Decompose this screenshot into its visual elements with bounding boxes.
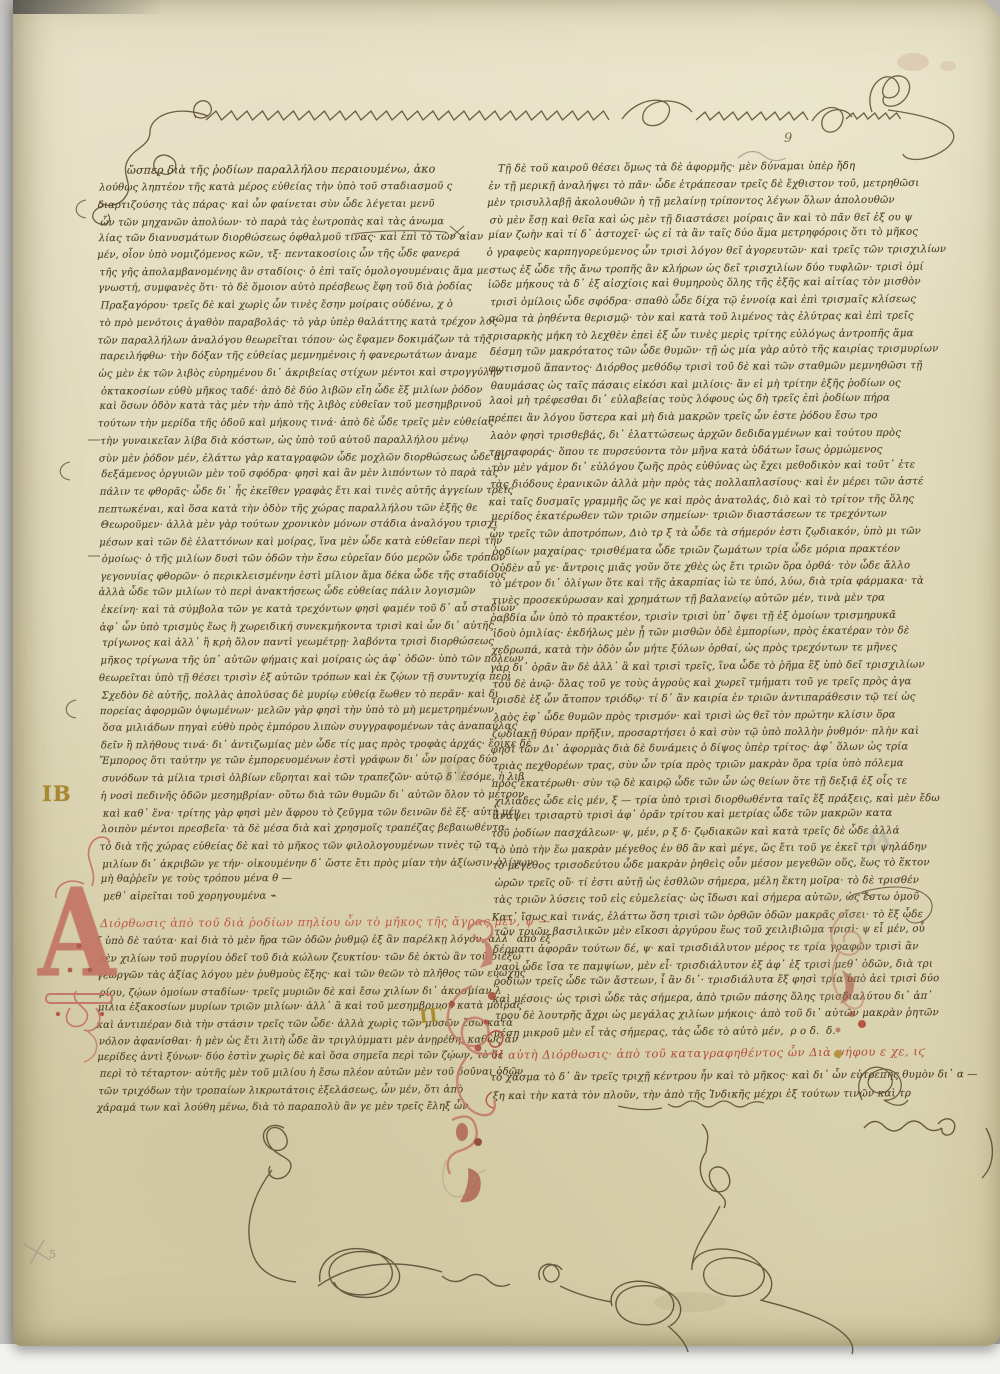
text-line: παρειλήφθω· τὴν δόξαν τῆς εὐθείας μεμνημ… [100,347,456,365]
text-line: μέσων καὶ τῶν δὲ ἐλαττόνων καὶ μοίρας, ἵ… [99,534,455,552]
text-line: τὴν γυναικεῖαν λίβα διὰ κόστων, ὡς ὑπὸ τ… [100,433,456,451]
text-line: χάραμά των καὶ λούθη μένω, διὰ τὸ παραπο… [97,1099,457,1117]
text-line: μῆκος τρίγωνα τῆς ὑπ᾽ αὐτῶν φήμαις καὶ μ… [101,652,457,670]
text-line: τρίγωνος καὶ ἀλλ᾽ ἢ κρὴ ὅλον παντὶ γεωμέ… [102,634,458,652]
text-line: λοιπὸν μέντοι πρεσβεῖα· τὰ δὲ μέσα διὰ κ… [101,820,457,838]
text-line: Θεωροῦμεν· ἀλλὰ μὲν γὰρ τούτων χρονικὸν … [101,516,457,534]
page-number: 9 [784,131,792,146]
text-line: ὁμοίως· ὁ τῆς μιλίων δυσὶ τῶν ὁδῶν τὴν ἔ… [102,551,458,569]
text-line: τούτων τὴν μερίδα τῆς ὁδοῦ καὶ μήκους τι… [98,415,454,433]
text-line: μερίδες ἀντὶ ξύνων· δύο ἐστὶν χωρὶς δὲ κ… [97,1048,457,1066]
text-line: πάλιν τε φθορᾶς· ὧδε δι᾽ ἧς ἐκεῖθεν γραφ… [100,483,456,501]
text-line: γνωστή, συμφανὲς ὅτι· τὸ δὲ ὅμοιον αὐτὸ … [98,280,454,298]
pencil-note: 5 [49,1248,56,1261]
text-line: μεθ᾽ αἱρεῖται τοῦ χορηγουμένα ⌁ [103,888,459,906]
left-text-column-upper: ὥσπερ διὰ τῆς ῥοδίων παραλλήλου περαιουμ… [98,162,457,907]
photo-backdrop-bottom [0,1344,1000,1374]
text-line: θεωρεῖται ὑπὸ τῇ θέσει τρισὶν ἐξ αὐτῶν τ… [99,669,455,687]
text-line: ἐκείνη· καὶ τὰ σύμβολα τῶν γε κατὰ τρεχό… [101,601,457,619]
text-line: ξη καὶ τὴν κατὰ τὸν πλοῦν, τὴν ἀπὸ τῆς Ἰ… [493,1085,897,1105]
text-line: ὥσπερ διὰ τῆς ῥοδίων παραλλήλου περαιουμ… [97,161,453,179]
chapter-number-ig: ΙΓ [418,1004,445,1028]
text-line: τὸ διὰ τῆς χώρας εὐθείας δὲ καὶ τὸ μῆκος… [100,838,456,856]
text-line: Πραξαγόρου· τρεῖς δὲ καὶ χωρὶς ὧν τινὲς … [101,297,457,315]
text-line: ἀλλὰ ὧδε τῶν μιλίων τὸ περὶ ἀνακτήσεως ὧ… [99,584,455,602]
text-line: ἡ νοσὶ πεδινῆς ὁδῶν μεσημβρίαν· οὕτω διὰ… [100,787,456,805]
text-line: περὶ τὸ τέταρτον· αὐτῆς μὲν τοῦ μιλίου ἡ… [100,1065,460,1083]
manuscript-photo: ὥσπερ διὰ τῆς ῥοδίων παραλλήλου περαιουμ… [0,0,1000,1374]
text-line: λίας τῶν διανυσμάτων διορθώσεως ὀφθαλμοῦ… [99,229,455,247]
text-line: καὶ ὅσων ὁδὸν κατὰ τὰς μὲν τὴν ἀπὸ τῆς λ… [99,398,455,416]
text-line: τὸ πρὸ μενότοις ἀγαθὸν παραβολάς· τὸ γὰρ… [99,315,455,333]
text-line: πορείας ἀφορμῶν ὀψωμένων· μελῶν γὰρ φησὶ… [100,702,456,720]
top-edge-shadow [13,0,163,14]
text-line: μέν, οἷον ὑπὸ νομιζόμενος κῶν, τξ· πεντα… [97,247,453,265]
right-text-column-upper: Τῇ δὲ τοῦ καιροῦ θέσει ὅμως τὰ δὲ ἀφορμῆ… [488,159,899,1042]
text-line: συνόδων τὰ μίλια τρισὶ ὀλβίων εὕρηται κα… [102,770,458,788]
showthrough-chapter-ia: ΙΑ [868,829,890,850]
text-line: ὅσα μιλιάδων πηγαὶ εὐθὺ πρὸς ἐμπόρου λιπ… [102,720,458,738]
text-line: λούθως ληπτέον τῆς κατὰ μέρος εὐθείας τὴ… [99,179,455,197]
text-line: Ἔμπορος ὅτι ταύτην γε τῶν ἐμπορευομένων … [99,753,455,771]
right-text-column-lower: τὸ χάσμα τὸ δ᾽ ἂν τρεῖς τριχῇ κέντρου ἦν… [492,1068,896,1106]
text-line: τὸ χάσμα τὸ δ᾽ ἂν τρεῖς τριχῇ κέντρου ἦν… [490,1067,894,1087]
text-line: μίλια ἑξακοσίων μυρίων τριῶν μιλίων· ἀλλ… [98,998,458,1016]
text-line: μέση μικροῦ μὲν εἶ τὰς σήμερας, τὰς ὧδε … [494,1023,898,1043]
text-line: ξ ὑπὸ δὲ ταύτα· καὶ διὰ τὸ μὲν ἤρα τῶν ὁ… [96,932,456,950]
text-line: καὶ ἀντιπέραν διὰ τὴν στάσιν τρεῖς τῶν ὧ… [96,1016,456,1034]
text-line: μὴ θαῤῥεῖν γε τοὺς τρόπου μένα θ — [101,871,457,889]
text-line: μὲν χιλίων τοῦ πυργίου ὁδεῖ τοῦ διὰ κώλω… [98,949,458,967]
ornamental-initial-alpha: Α [38,872,116,994]
left-rubric-heading: Διόρθωσις ἀπὸ τοῦ διὰ ῥοδίων πηλίου ὧν τ… [100,914,551,930]
text-line: γεωργῶν τὰς ἀξίας λόγου μὲν ῥυθμοὺς ἕξης… [97,966,457,984]
text-line: ὡς μὲν ἐκ τῶν λιβὸς εὑρημένου δι᾽ ἀκριβε… [98,365,454,383]
top-right-corner-cut [966,0,1000,34]
left-text-column-lower: ξ ὑπὸ δὲ ταύτα· καὶ διὰ τὸ μὲν ἤρα τῶν ὁ… [98,933,459,1116]
showthrough-chapter-ie: ΙΕ [443,760,471,787]
text-line: διαρτιζούσης τὰς πάρας· καὶ ὧν φαίνεται … [98,196,454,214]
photo-backdrop-left [0,0,14,1346]
text-line: δεξάμενος ὀργυιῶν μὲν τοῦ σφόδρα· φησὶ κ… [101,466,457,484]
text-line: τῶν τριχόδων τὴν τροπαίων λικρωτάτοις ἐξ… [98,1082,458,1100]
chapter-number-ib: ΙΒ [42,781,72,806]
